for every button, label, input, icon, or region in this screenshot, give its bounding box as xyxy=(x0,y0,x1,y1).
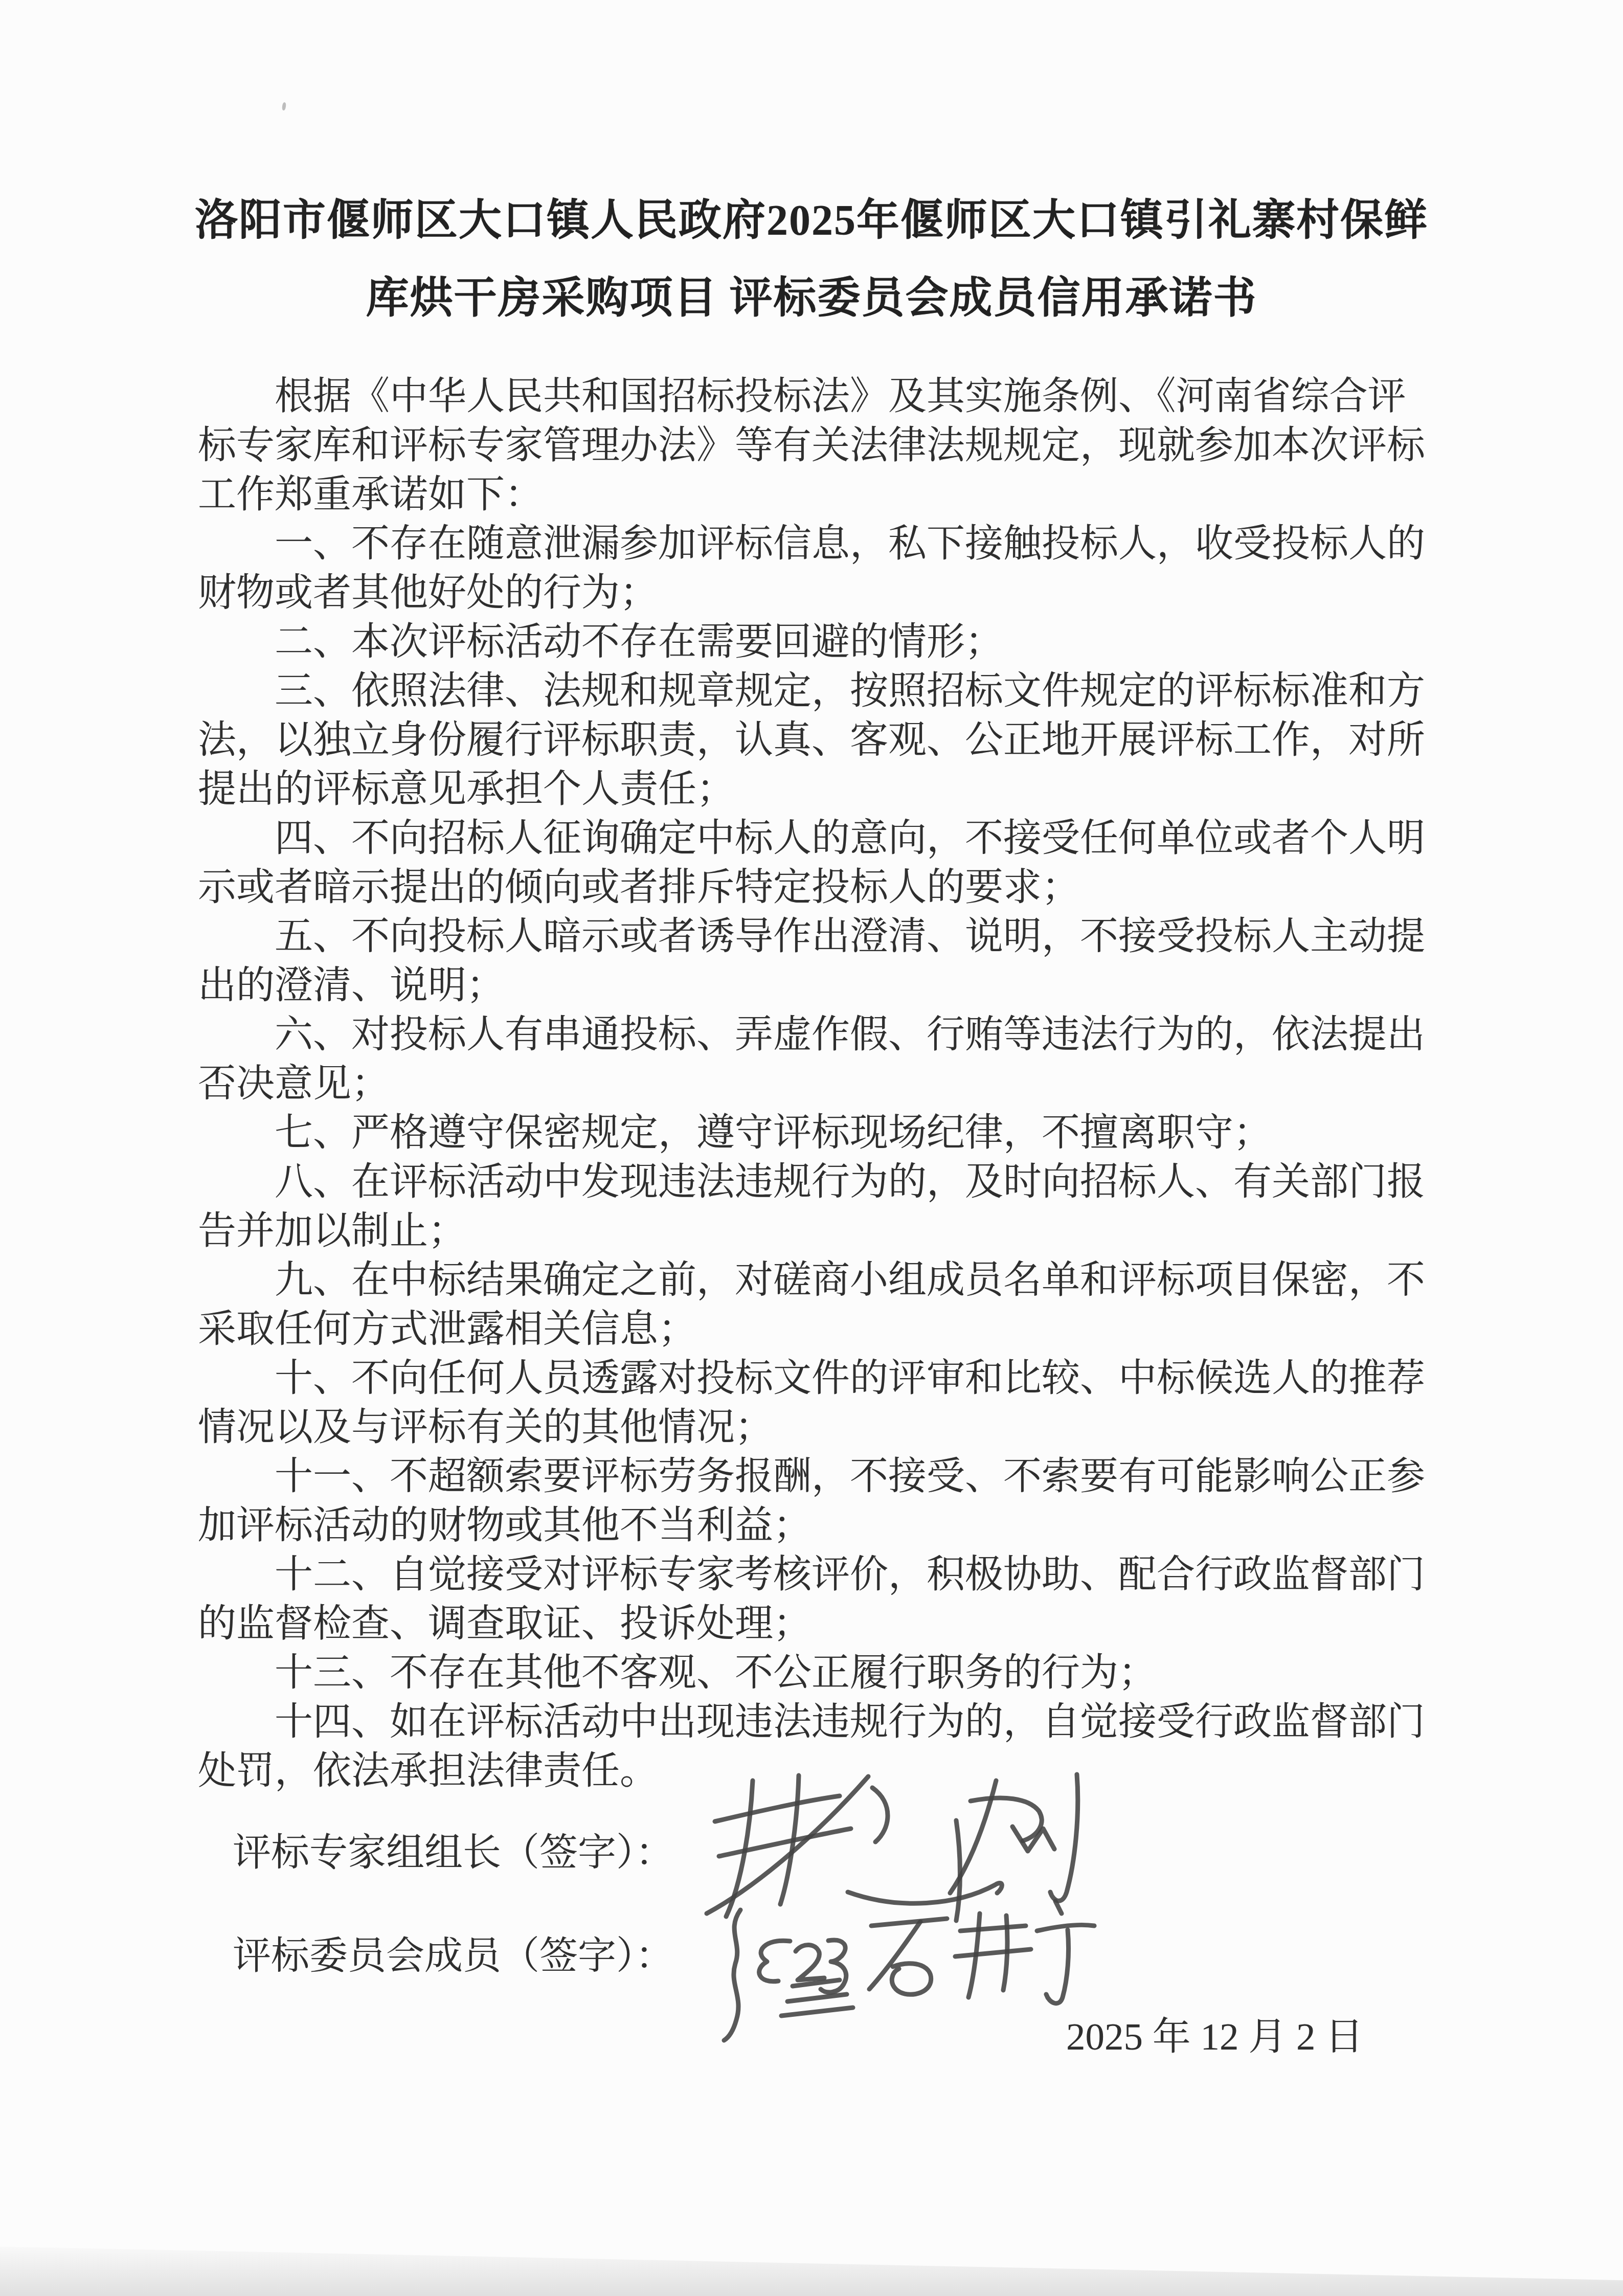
leader-signature xyxy=(707,1774,1078,1921)
signatures-layer xyxy=(0,0,1623,2296)
scanned-document-page: 洛阳市偃师区大口镇人民政府2025年偃师区大口镇引礼寨村保鲜 库烘干房采购项目 … xyxy=(0,0,1623,2296)
member-signature-1 xyxy=(724,1910,853,2040)
member-signature-2 xyxy=(869,1901,1094,2004)
